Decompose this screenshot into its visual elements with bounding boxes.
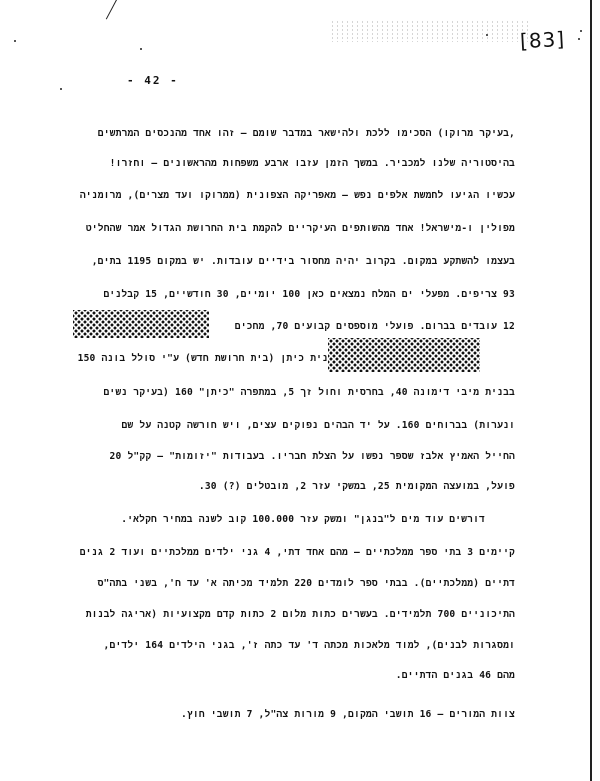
text-line: התיכוניים 700 תלמידים. בעשרים כתות מלום … [86, 609, 515, 620]
scan-speck [580, 30, 582, 32]
text-line: בבנית כיתן (בית חרושת חדש) ע"י סולל בונה… [78, 353, 340, 364]
text-line: בהיסטוריה שלנו למכביר. במשך הזמן עזבו אר… [110, 158, 515, 169]
scanned-document-page: [83] - 42 - ,בעיקר מרוקו) הסכימו ללכת ול… [0, 0, 600, 781]
scan-speck [140, 48, 142, 50]
text-line: דורשים עוד מים ל"בנגן" ומשק עזר 100.000 … [121, 514, 485, 525]
text-line: ומסגרות לבנים), למוד מלאכות מכתה ד' עד כ… [104, 640, 515, 651]
text-line: קיימים 3 בתי ספר ממלכתיים – מהם אחד דתי,… [80, 547, 515, 558]
page-number: - 42 - [127, 74, 179, 87]
text-line: 12 עובדים בברום. פועלי מוספסים קבועים 70… [235, 321, 515, 332]
text-line: צוות המורים – 16 תושבי המקום, 9 מורות צה… [181, 709, 515, 720]
scan-noise-header [330, 20, 530, 42]
scan-speck [578, 38, 580, 40]
text-line: פועל, במועצה המקומית 25, במשקי עזר 2, מו… [199, 481, 515, 492]
text-line: דתיים (ממלכתיים). בבתי ספר לומדים 220 תל… [98, 578, 515, 589]
text-line: בעצמו להשתקע במקום. בקרוב יהיה מחסור ביד… [92, 256, 515, 267]
redaction-block [328, 338, 480, 372]
scan-speck [14, 40, 16, 42]
page-edge-border [590, 0, 592, 781]
text-line: מפולין ו-מישראל! אחד מהשותפים העיקריים ל… [86, 223, 515, 234]
text-line: ,בעיקר מרוקו) הסכימו ללכת ולהישאר במדבר … [98, 128, 515, 139]
scan-speck [486, 34, 488, 36]
text-line: בבנית מיבי דימונה 40, בחרסית וחול זך 5, … [103, 387, 515, 398]
text-line: מהם 46 בגנים הדתיים. [396, 670, 515, 681]
pen-stroke-mark [106, 0, 119, 19]
scan-speck [60, 88, 62, 90]
archive-page-stamp: [83] [519, 27, 565, 53]
text-line: ונערות) בברוחים 160. על יד הבהים נפוקים … [121, 420, 515, 431]
text-line: עכשיו הגיעו לחמשת אלפים נפש – מאפריקה הצ… [80, 190, 515, 201]
redaction-block [73, 310, 209, 338]
text-line: 93 צריפים. מפעלי ים המלח נמצאים כאן 100 … [103, 289, 515, 300]
text-line: החייל האמיץ אלבז שספר נפשו על הצלת חבריו… [110, 451, 515, 462]
